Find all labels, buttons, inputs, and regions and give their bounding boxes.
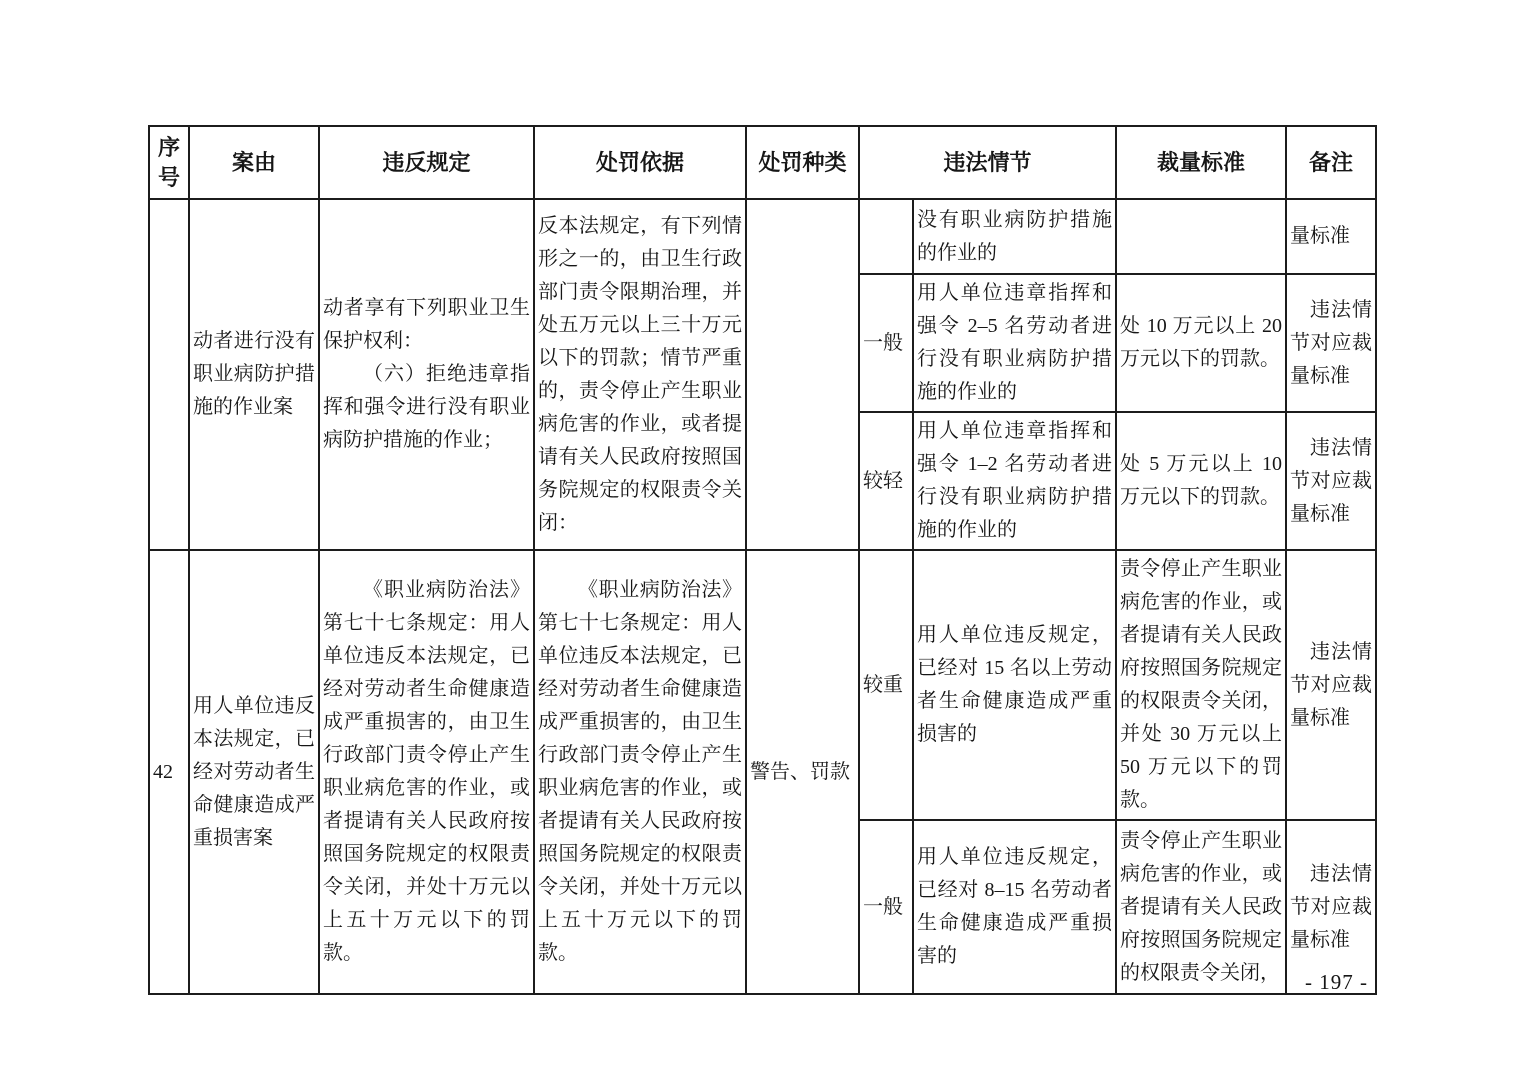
cell-circumstance: 用人单位违章指挥和强令 1–2 名劳动者进行没有职业病防护措施的作业的	[913, 412, 1116, 550]
header-violation: 违反规定	[319, 126, 534, 199]
cell-note: 违法情节对应裁量标准	[1286, 412, 1376, 550]
note-text: 违法情节对应裁量标准	[1290, 432, 1372, 531]
cell-basis: 《职业病防治法》第七十七条规定：用人单位违反本法规定，已经对劳动者生命健康造成严…	[534, 550, 746, 994]
violation-paragraph: 动者享有下列职业卫生保护权利：	[323, 292, 530, 358]
cell-penalty-type	[746, 199, 859, 550]
cell-standard: 责令停止产生职业病危害的作业，或者提请有关人民政府按照国务院规定的权限责令关闭，…	[1116, 550, 1286, 820]
cell-circumstance: 用人单位违章指挥和强令 2–5 名劳动者进行没有职业病防护措施的作业的	[913, 274, 1116, 412]
violation-paragraph: 《职业病防治法》第七十七条规定：用人单位违反本法规定，已经对劳动者生命健康造成严…	[323, 574, 530, 970]
cell-standard: 责令停止产生职业病危害的作业，或者提请有关人民政府按照国务院规定的权限责令关闭，	[1116, 820, 1286, 994]
violation-paragraph: （六）拒绝违章指挥和强令进行没有职业病防护措施的作业；	[323, 358, 530, 457]
basis-paragraph: 《职业病防治法》第七十七条规定：用人单位违反本法规定，已经对劳动者生命健康造成严…	[538, 574, 742, 970]
cell-note: 违法情节对应裁量标准	[1286, 820, 1376, 994]
cell-case: 用人单位违反本法规定，已经对劳动者生命健康造成严重损害案	[189, 550, 319, 994]
cell-seq: 42	[149, 550, 189, 994]
header-seq: 序号	[149, 126, 189, 199]
header-circumstance: 违法情节	[859, 126, 1116, 199]
cell-note: 量标准	[1286, 199, 1376, 274]
cell-basis: 反本法规定，有下列情形之一的，由卫生行政部门责令限期治理，并处五万元以上三十万元…	[534, 199, 746, 550]
note-text: 违法情节对应裁量标准	[1290, 294, 1372, 393]
table-header-row: 序号 案由 违反规定 处罚依据 处罚种类 违法情节 裁量标准 备注	[149, 126, 1376, 199]
table-row: 动者进行没有职业病防护措施的作业案 动者享有下列职业卫生保护权利： （六）拒绝违…	[149, 199, 1376, 274]
cell-severity: 一般	[859, 274, 913, 412]
cell-penalty-type: 警告、罚款	[746, 550, 859, 994]
document-page: 序号 案由 违反规定 处罚依据 处罚种类 违法情节 裁量标准 备注 动者进行没有…	[0, 0, 1520, 1074]
penalty-discretion-table: 序号 案由 违反规定 处罚依据 处罚种类 违法情节 裁量标准 备注 动者进行没有…	[148, 125, 1377, 995]
cell-circumstance: 用人单位违反规定，已经对 15 名以上劳动者生命健康造成严重损害的	[913, 550, 1116, 820]
cell-standard: 处 10 万元以上 20 万元以下的罚款。	[1116, 274, 1286, 412]
cell-severity	[859, 199, 913, 274]
cell-violation: 《职业病防治法》第七十七条规定：用人单位违反本法规定，已经对劳动者生命健康造成严…	[319, 550, 534, 994]
cell-severity: 较轻	[859, 412, 913, 550]
header-penalty-type: 处罚种类	[746, 126, 859, 199]
header-note: 备注	[1286, 126, 1376, 199]
table-row: 42 用人单位违反本法规定，已经对劳动者生命健康造成严重损害案 《职业病防治法》…	[149, 550, 1376, 820]
cell-severity: 一般	[859, 820, 913, 994]
cell-seq	[149, 199, 189, 550]
basis-paragraph: 反本法规定，有下列情形之一的，由卫生行政部门责令限期治理，并处五万元以上三十万元…	[538, 210, 742, 540]
cell-circumstance: 用人单位违反规定，已经对 8–15 名劳动者生命健康造成严重损害的	[913, 820, 1116, 994]
note-text: 违法情节对应裁量标准	[1290, 858, 1372, 957]
note-text: 违法情节对应裁量标准	[1290, 636, 1372, 735]
cell-standard	[1116, 199, 1286, 274]
page-number: - 197 -	[1305, 970, 1368, 995]
cell-standard: 处 5 万元以上 10 万元以下的罚款。	[1116, 412, 1286, 550]
header-standard: 裁量标准	[1116, 126, 1286, 199]
header-basis: 处罚依据	[534, 126, 746, 199]
cell-violation: 动者享有下列职业卫生保护权利： （六）拒绝违章指挥和强令进行没有职业病防护措施的…	[319, 199, 534, 550]
header-case: 案由	[189, 126, 319, 199]
cell-case: 动者进行没有职业病防护措施的作业案	[189, 199, 319, 550]
cell-note: 违法情节对应裁量标准	[1286, 274, 1376, 412]
cell-circumstance: 没有职业病防护措施的作业的	[913, 199, 1116, 274]
cell-severity: 较重	[859, 550, 913, 820]
cell-note: 违法情节对应裁量标准	[1286, 550, 1376, 820]
